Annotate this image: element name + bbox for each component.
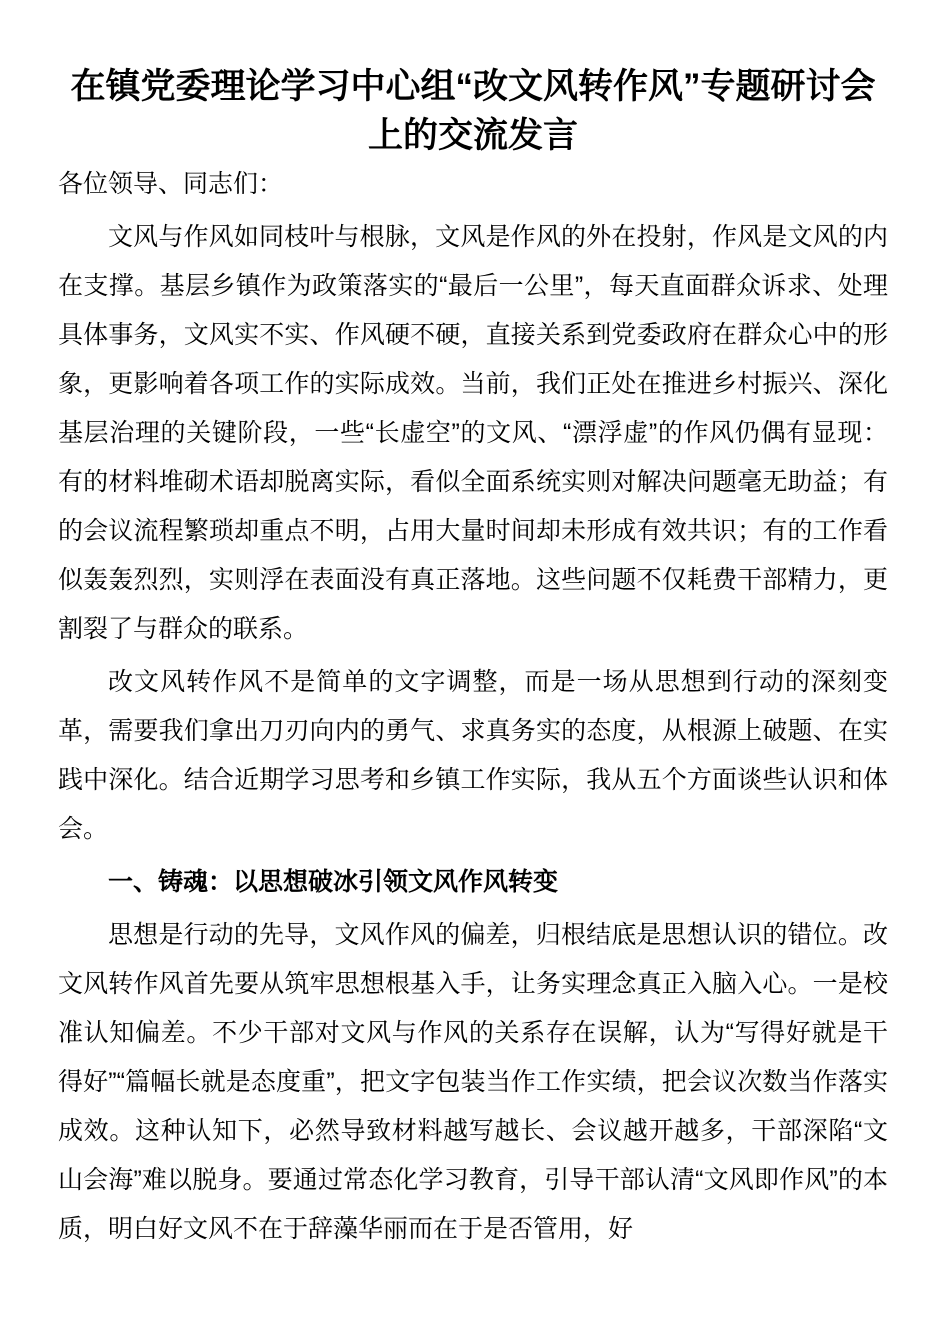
document-page: 在镇党委理论学习中心组“改文风转作风”专题研讨会上的交流发言 各位领导、同志们：… xyxy=(0,0,950,1344)
document-title: 在镇党委理论学习中心组“改文风转作风”专题研讨会上的交流发言 xyxy=(58,62,888,160)
paragraph-intro: 文风与作风如同枝叶与根脉，文风是作风的外在投射，作风是文风的内在支撑。基层乡镇作… xyxy=(58,213,888,654)
salutation-line: 各位领导、同志们： xyxy=(58,160,888,209)
paragraph-transition: 改文风转作风不是简单的文字调整，而是一场从思想到行动的深刻变革，需要我们拿出刀刃… xyxy=(58,658,888,854)
section-heading-one: 一、铸魂：以思想破冰引领文风作风转变 xyxy=(58,858,888,907)
paragraph-section-one-body: 思想是行动的先导，文风作风的偏差，归根结底是思想认识的错位。改文风转作风首先要从… xyxy=(58,911,888,1254)
